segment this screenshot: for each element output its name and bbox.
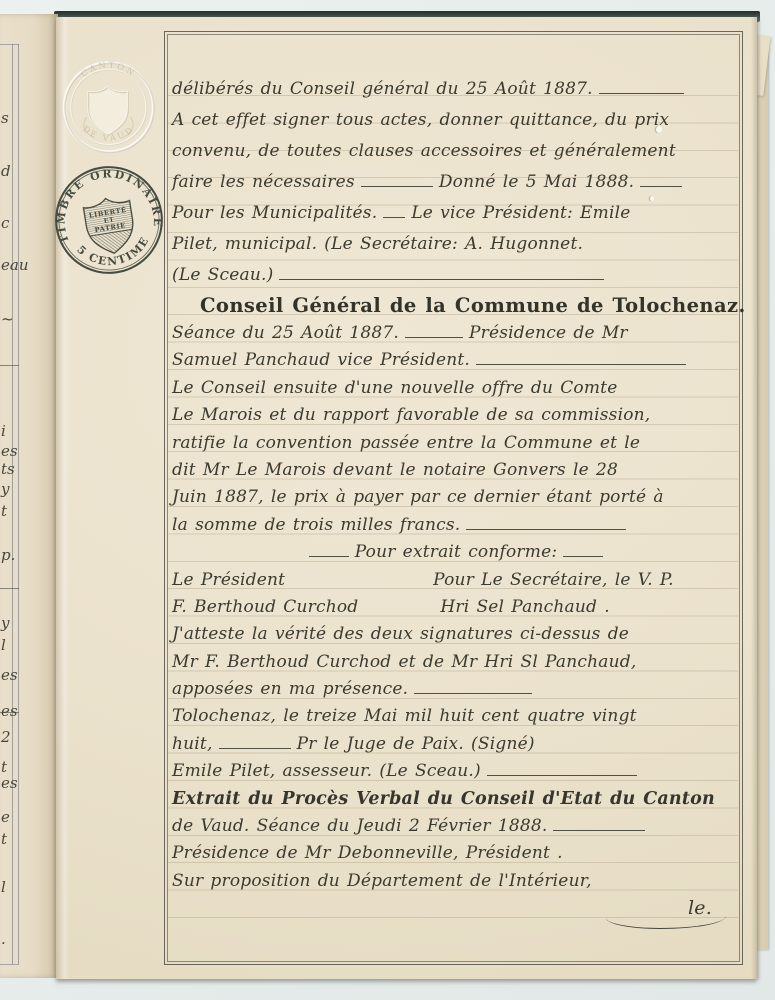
cutoff-handwriting-fragment: t	[1, 830, 7, 848]
manuscript-line: délibérés du Conseil général du 25 Août …	[172, 74, 740, 105]
ink-filler-rule	[640, 173, 682, 187]
manuscript-line: Le Marois et du rapport favorable de sa …	[172, 402, 740, 429]
handwritten-text: Extrait du Procès Verbal du Conseil d'Et…	[172, 789, 715, 809]
handwritten-text: Sur proposition du Département de l'Inté…	[172, 871, 592, 891]
manuscript-line: J'atteste la vérité des deux signatures …	[172, 621, 740, 648]
manuscript-line: Juin 1887, le prix à payer par ce dernie…	[172, 484, 740, 511]
revenue-stamp: TIMBRE ORDINAIRE 45 CENTIMES LIBERTÉ ET …	[44, 155, 174, 285]
column-gap	[172, 311, 200, 312]
handwritten-text: le.	[688, 897, 712, 919]
cutoff-handwriting-fragment: e	[1, 808, 10, 826]
handwritten-text: Pr le Juge de Paix. (Signé)	[297, 734, 535, 754]
manuscript-line: A cet effet signer tous actes, donner qu…	[172, 105, 740, 136]
manuscript-line: Tolochenaz, le treize Mai mil huit cent …	[172, 703, 740, 730]
cutoff-handwriting-fragment: ts	[1, 460, 15, 478]
handwritten-text: A cet effet signer tous actes, donner qu…	[172, 110, 669, 130]
ink-filler-rule	[563, 543, 603, 557]
handwritten-text: Samuel Panchaud vice Président.	[172, 350, 470, 370]
cutoff-handwriting-fragment: ~	[1, 310, 14, 328]
left-page-frame-stub	[0, 44, 19, 45]
cutoff-handwriting-fragment: y	[1, 480, 9, 498]
cutoff-handwriting-fragment: eau	[1, 256, 28, 274]
manuscript-line: Extrait du Procès Verbal du Conseil d'Et…	[172, 786, 740, 813]
manuscript-line: faire les nécessairesDonné le 5 Mai 1888…	[172, 167, 740, 198]
manuscript-line: de Vaud. Séance du Jeudi 2 Février 1888.	[172, 813, 740, 840]
ink-filler-rule	[383, 204, 405, 218]
handwritten-text: dit Mr Le Marois devant le notaire Gonve…	[172, 460, 618, 480]
ink-filler-rule	[476, 351, 686, 365]
handwritten-text: Pour extrait conforme:	[355, 542, 558, 562]
handwritten-text: J'atteste la vérité des deux signatures …	[172, 624, 629, 644]
manuscript-line: F. Berthoud CurchodHri Sel Panchaud .	[172, 594, 740, 621]
cutoff-handwriting-fragment: i	[1, 422, 6, 440]
ink-filler-rule	[466, 516, 626, 530]
handwritten-text: Tolochenaz, le treize Mai mil huit cent …	[172, 706, 637, 726]
manuscript-line: Le Conseil ensuite d'une nouvelle offre …	[172, 375, 740, 402]
handwritten-text: Hri Sel Panchaud .	[440, 597, 609, 617]
handwritten-text: Donné le 5 Mai 1888.	[439, 172, 634, 192]
cutoff-handwriting-fragment: 2	[1, 728, 11, 746]
ink-filler-rule	[219, 735, 291, 749]
ink-filler-rule	[361, 173, 433, 187]
embossed-seal: CANTON DE VAUD	[59, 56, 158, 158]
cutoff-handwriting-fragment: p.	[1, 546, 15, 564]
manuscript-line: Présidence de Mr Debonneville, Président…	[172, 840, 740, 867]
left-page-edge: sdceau~iestsytp.yleses2tesetl.	[0, 14, 58, 978]
handwritten-text: Le Président	[172, 570, 285, 590]
manuscript-line: Samuel Panchaud vice Président.	[172, 347, 740, 374]
ink-filler-rule	[309, 543, 349, 557]
cutoff-handwriting-fragment: es	[1, 702, 18, 720]
handwritten-text: de Vaud. Séance du Jeudi 2 Février 1888.	[172, 816, 547, 836]
manuscript-line: convenu, de toutes clauses accessoires e…	[172, 136, 740, 167]
manuscript-line: Le PrésidentPour Le Secrétaire, le V. P.	[172, 567, 740, 594]
cutoff-handwriting-fragment: es	[1, 774, 18, 792]
manuscript-line: Séance du 25 Août 1887.Présidence de Mr	[172, 320, 740, 347]
handwritten-text: Pilet, municipal. (Le Secrétaire: A. Hug…	[172, 234, 583, 254]
handwritten-text: Emile Pilet, assesseur. (Le Sceau.)	[172, 761, 481, 781]
cutoff-handwriting-fragment: y	[1, 614, 9, 632]
handwritten-text: apposées en ma présence.	[172, 679, 408, 699]
handwritten-text: Conseil Général de la Commune de Toloche…	[200, 294, 746, 317]
manuscript-line: Sur proposition du Département de l'Inté…	[172, 868, 740, 895]
cutoff-handwriting-fragment: .	[1, 930, 6, 948]
cutoff-handwriting-fragment: l	[1, 636, 6, 654]
ink-filler-rule	[405, 324, 463, 338]
cutoff-handwriting-fragment: s	[1, 109, 9, 127]
manuscript-line: le.	[172, 895, 740, 922]
ink-filler-rule	[279, 266, 604, 280]
left-page-frame-stub	[0, 964, 19, 965]
handwritten-text: ratifie la convention passée entre la Co…	[172, 433, 640, 453]
manuscript-line: la somme de trois milles francs.	[172, 512, 740, 539]
cutoff-handwriting-fragment: l	[1, 878, 6, 896]
handwritten-text: Présidence de Mr Debonneville, Président…	[172, 843, 563, 863]
cutoff-handwriting-fragment: d	[1, 162, 11, 180]
manuscript-line: Pour les Municipalités.Le vice Président…	[172, 198, 740, 229]
cutoff-handwriting-fragment: es	[1, 666, 18, 684]
handwritten-text: Pour les Municipalités.	[172, 203, 377, 223]
left-page-margin-line	[12, 44, 13, 964]
manuscript-line: Mr F. Berthoud Curchod et de Mr Hri Sl P…	[172, 649, 740, 676]
manuscript-line: Emile Pilet, assesseur. (Le Sceau.)	[172, 758, 740, 785]
handwritten-text: délibérés du Conseil général du 25 Août …	[172, 79, 593, 99]
handwritten-text: Juin 1887, le prix à payer par ce dernie…	[172, 487, 664, 507]
handwritten-text: Le Marois et du rapport favorable de sa …	[172, 405, 650, 425]
handwritten-text: Le vice Président: Emile	[411, 203, 630, 223]
handwritten-text: huit,	[172, 734, 213, 754]
handwritten-text: convenu, de toutes clauses accessoires e…	[172, 141, 676, 161]
left-page-margin-line	[18, 44, 19, 964]
cutoff-handwriting-fragment: es	[1, 442, 18, 460]
handwritten-text: Présidence de Mr	[469, 323, 628, 343]
ink-filler-rule	[599, 80, 684, 94]
left-page-divider-line	[0, 588, 19, 589]
manuscript-line: ratifie la convention passée entre la Co…	[172, 430, 740, 457]
cutoff-handwriting-fragment: t	[1, 502, 7, 520]
ink-filler-rule	[553, 817, 645, 831]
ink-filler-rule	[414, 680, 532, 694]
manuscript-line: Pour extrait conforme:	[172, 539, 740, 566]
handwritten-text: Le Conseil ensuite d'une nouvelle offre …	[172, 378, 617, 398]
manuscript-line: Pilet, municipal. (Le Secrétaire: A. Hug…	[172, 229, 740, 260]
handwritten-text: F. Berthoud Curchod	[172, 597, 358, 617]
left-page-divider-line	[0, 365, 19, 366]
manuscript-line: apposées en ma présence.	[172, 676, 740, 703]
left-page-divider-line	[0, 712, 19, 713]
cutoff-handwriting-fragment: c	[1, 214, 9, 232]
column-gap	[358, 611, 440, 612]
handwritten-text: Mr F. Berthoud Curchod et de Mr Hri Sl P…	[172, 652, 636, 672]
manuscript-line: Conseil Général de la Commune de Toloche…	[172, 291, 740, 320]
scanned-document: sdceau~iestsytp.yleses2tesetl. CANTON DE…	[0, 0, 775, 1000]
manuscript-text: délibérés du Conseil général du 25 Août …	[172, 74, 740, 923]
handwritten-text: Pour Le Secrétaire, le V. P.	[433, 570, 674, 590]
handwritten-text: Séance du 25 Août 1887.	[172, 323, 399, 343]
column-gap	[285, 584, 433, 585]
handwritten-text: (Le Sceau.)	[172, 265, 273, 285]
manuscript-line: dit Mr Le Marois devant le notaire Gonve…	[172, 457, 740, 484]
handwritten-text: faire les nécessaires	[172, 172, 355, 192]
manuscript-line: (Le Sceau.)	[172, 260, 740, 291]
manuscript-line: huit,Pr le Juge de Paix. (Signé)	[172, 731, 740, 758]
handwritten-text: la somme de trois milles francs.	[172, 515, 460, 535]
ink-filler-rule	[487, 762, 637, 776]
